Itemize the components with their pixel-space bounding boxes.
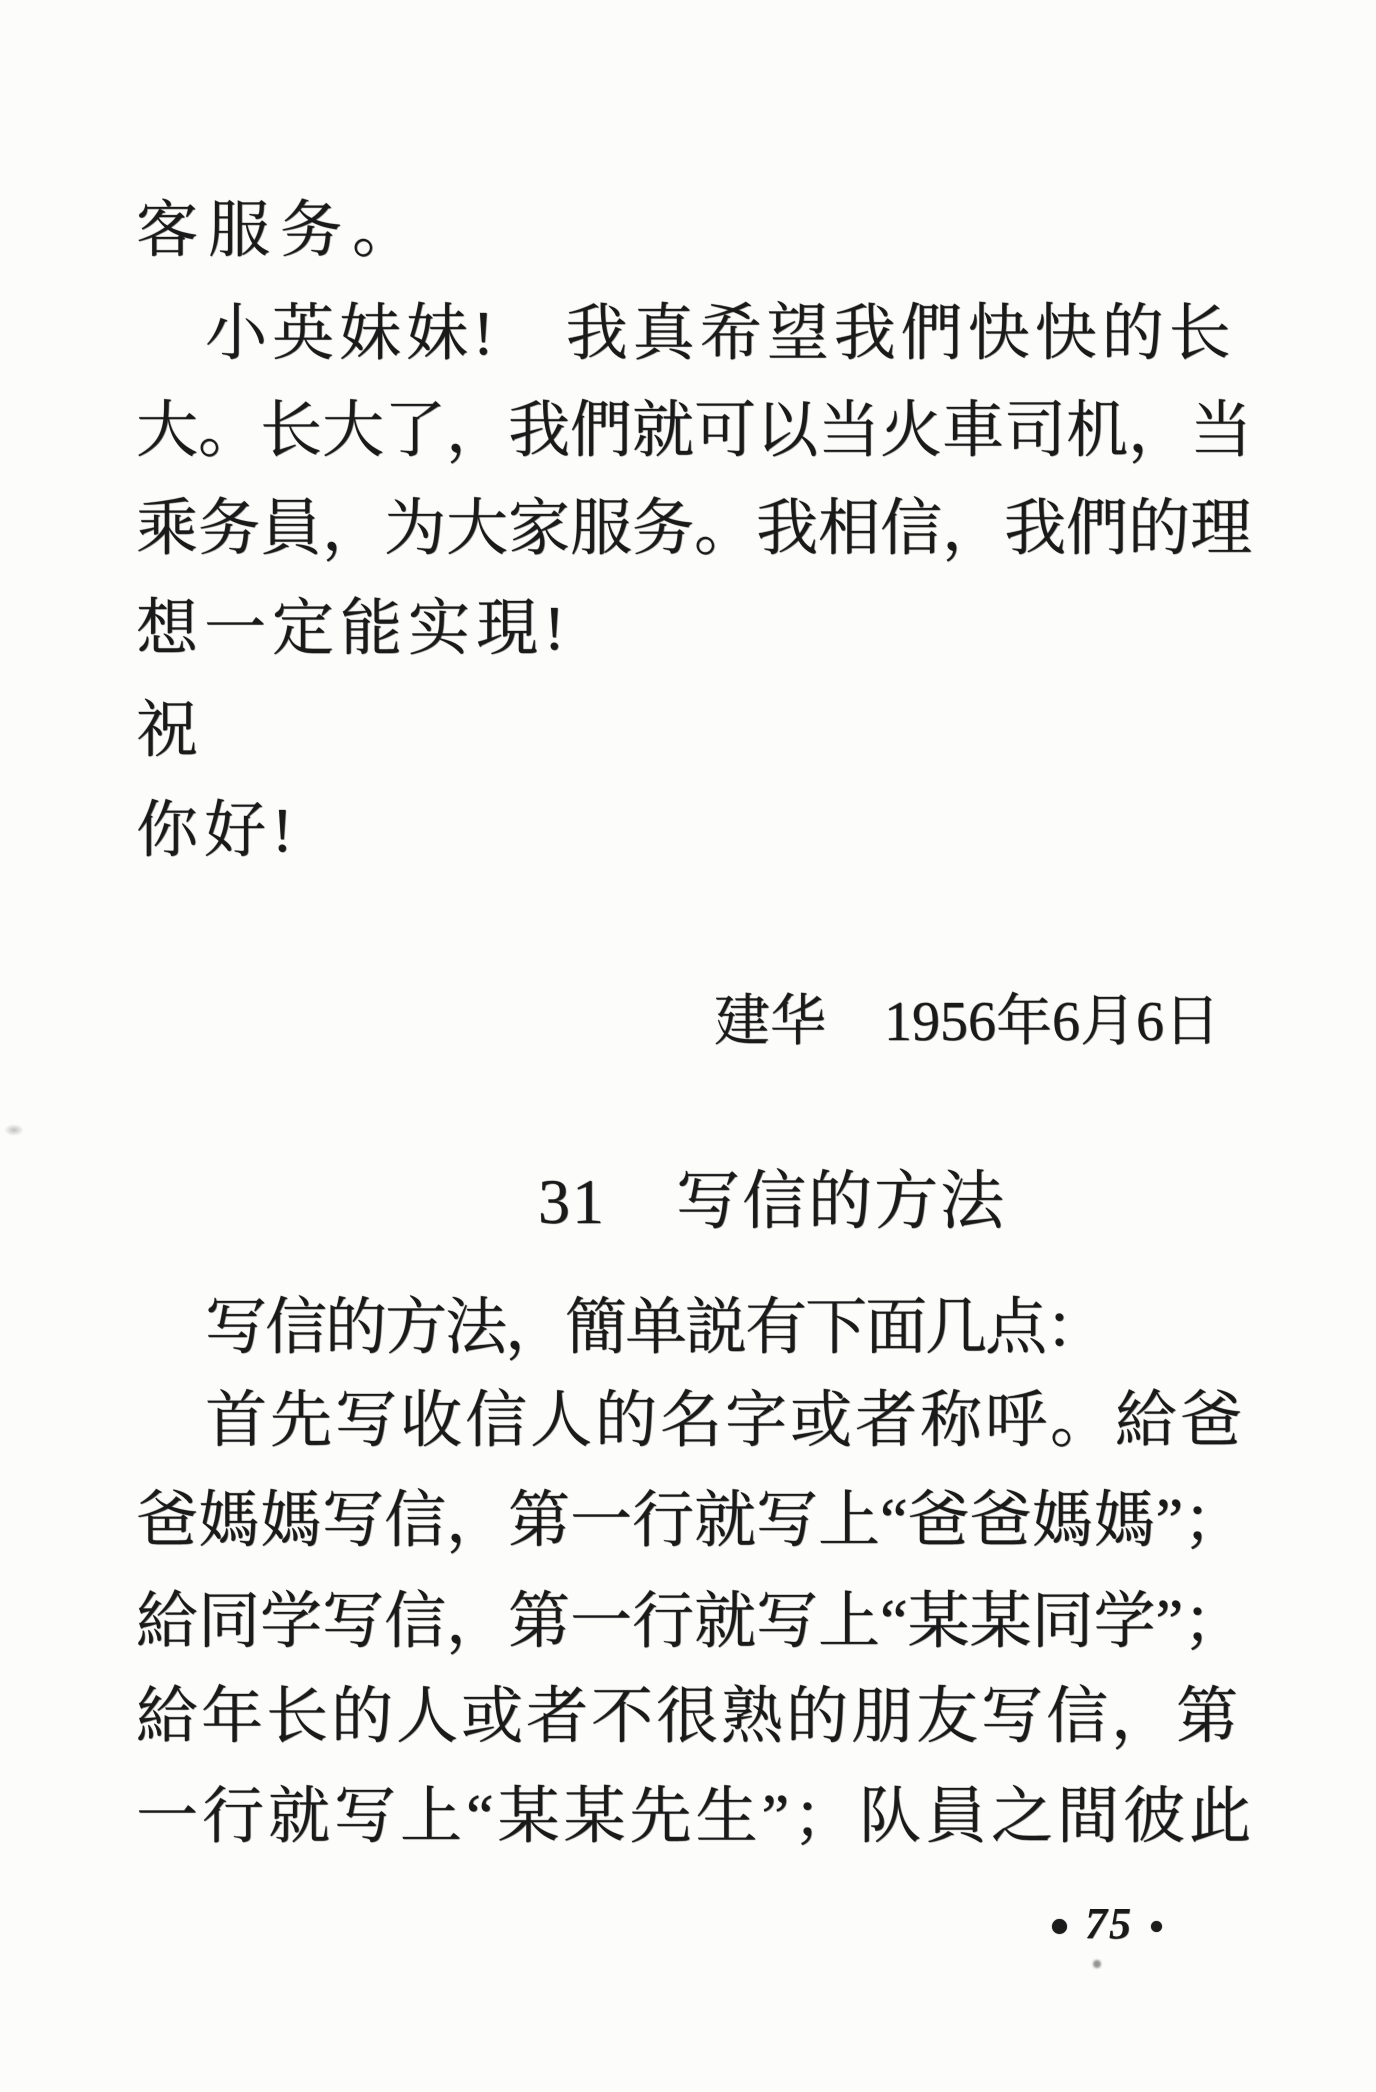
- letter-body-line: 想一定能实現!: [136, 598, 571, 660]
- letter-salutation-line: 小英妹妹! 我真希望我們快快的长: [205, 303, 1236, 365]
- page-number-value: 75: [1085, 1898, 1133, 1949]
- page-number: 75: [1052, 1898, 1162, 1955]
- lesson-number: 31: [538, 1166, 606, 1237]
- lesson-title: 31写信的方法: [466, 1106, 1006, 1298]
- page-number-bullet-icon: [1151, 1921, 1162, 1932]
- body-paragraph-line: 給年长的人或者不很熟的朋友写信，第: [136, 1686, 1241, 1748]
- signature-date: 1956年6月6日: [884, 991, 1220, 1053]
- letter-body-line: 大。长大了，我們就可以当火車司机，当: [136, 400, 1252, 462]
- body-paragraph-line: 一行就写上“某某先生”；队員之間彼此: [136, 1786, 1255, 1848]
- signature-name: 建华: [714, 991, 826, 1053]
- lesson-title-text: 写信的方法: [676, 1166, 1006, 1237]
- letter-closing-wish: 祝: [136, 700, 202, 762]
- page-number-bullet-icon: [1052, 1919, 1067, 1934]
- body-paragraph-line: 給同学写信，第一行就写上“某某同学”；: [136, 1591, 1245, 1653]
- body-paragraph-line: 爸媽媽写信，第一行就写上“爸爸媽媽”；: [136, 1490, 1245, 1552]
- letter-continuation-line: 客服务。: [136, 200, 424, 262]
- scan-speck: [4, 1124, 24, 1136]
- body-paragraph-line: 写信的方法，簡单説有下面几点：: [205, 1297, 1105, 1359]
- body-paragraph-line: 首先写收信人的名字或者称呼。給爸: [205, 1390, 1245, 1452]
- letter-body-line: 乘务員，为大家服务。我相信，我們的理: [136, 498, 1252, 560]
- letter-closing-greeting: 你好!: [136, 800, 299, 862]
- scan-speck: [1093, 1960, 1101, 1968]
- book-page: 客服务。 小英妹妹! 我真希望我們快快的长 大。长大了，我們就可以当火車司机，当…: [0, 0, 1376, 2092]
- letter-signature: 建华1956年6月6日: [658, 938, 1220, 1106]
